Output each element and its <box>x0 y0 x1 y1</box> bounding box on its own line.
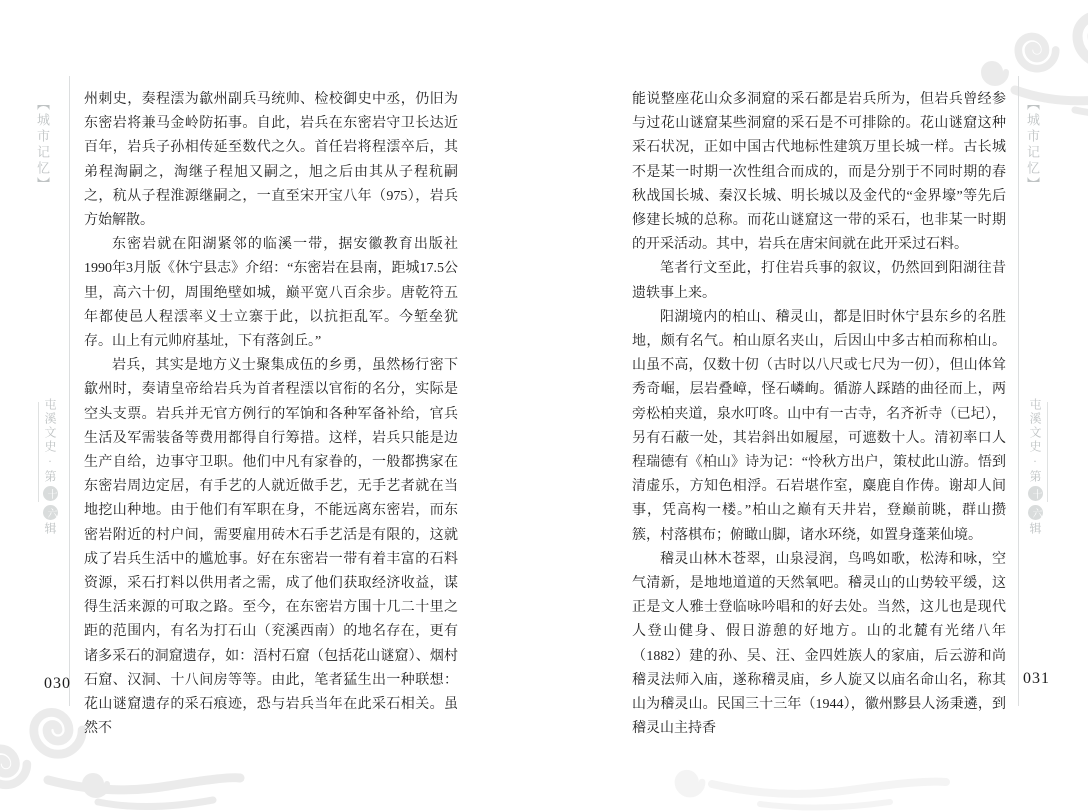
edition-label-prefix: 屯溪文史·第 <box>43 398 57 484</box>
book-spread: { "margins": { "section_label": "【城市记忆】"… <box>0 0 1088 812</box>
body-paragraph: 阳湖境内的柏山、稽灵山，都是旧时休宁县东乡的名胜地，颇有名气。柏山原名夹山，后因… <box>632 306 1006 548</box>
right-page-text: 能说整座花山众多洞窟的采石都是岩兵所为，但岩兵曾经参与过花山谜窟某些洞窟的采石是… <box>632 88 1006 741</box>
body-paragraph: 州刺史，奏程澐为歙州副兵马统帅、检校御史中丞，仍旧为东密岩将兼马金岭防拓事。自此… <box>84 88 458 233</box>
edition-label-suffix: 辑 <box>1028 522 1042 536</box>
cloud-ornament-bottom-right <box>650 756 950 812</box>
body-paragraph: 东密岩就在阳湖紧邻的临溪一带，据安徽教育出版社1990年3月版《休宁县志》介绍：… <box>84 233 458 354</box>
edition-badge: 十 <box>1028 486 1043 501</box>
left-margin-divider <box>69 76 70 706</box>
left-edition-label: 屯溪文史·第十六辑 <box>43 398 58 536</box>
right-margin-section-label: 【城市记忆】 <box>1026 97 1039 193</box>
left-edition-rule <box>38 402 39 502</box>
edition-badge: 六 <box>1028 505 1043 520</box>
right-edition-label: 屯溪文史·第十六辑 <box>1028 398 1043 536</box>
body-paragraph: 稽灵山林木苍翠，山泉浸润，鸟鸣如歌，松涛和咏，空气清新，是地地道道的天然氧吧。稽… <box>632 548 1006 742</box>
body-paragraph: 笔者行文至此，打住岩兵事的叙议，仍然回到阳湖往昔遗轶事上来。 <box>632 257 1006 305</box>
edition-label-prefix: 屯溪文史·第 <box>1028 398 1042 484</box>
edition-label-suffix: 辑 <box>43 522 57 536</box>
body-paragraph: 岩兵，其实是地方义士聚集成伍的乡勇，虽然杨行密下歙州时，奏请皇帝给岩兵为首者程澐… <box>84 354 458 741</box>
body-paragraph: 能说整座花山众多洞窟的采石都是岩兵所为，但岩兵曾经参与过花山谜窟某些洞窟的采石是… <box>632 88 1006 257</box>
edition-badge: 六 <box>43 505 58 520</box>
edition-badge: 十 <box>43 486 58 501</box>
right-edition-rule <box>1047 402 1048 502</box>
right-margin-divider <box>1018 76 1019 706</box>
left-page-text: 州刺史，奏程澐为歙州副兵马统帅、检校御史中丞，仍旧为东密岩将兼马金岭防拓事。自此… <box>84 88 458 741</box>
left-page-number: 030 <box>44 675 71 693</box>
right-page-number: 031 <box>1023 670 1050 688</box>
left-margin-section-label: 【城市记忆】 <box>36 97 49 193</box>
